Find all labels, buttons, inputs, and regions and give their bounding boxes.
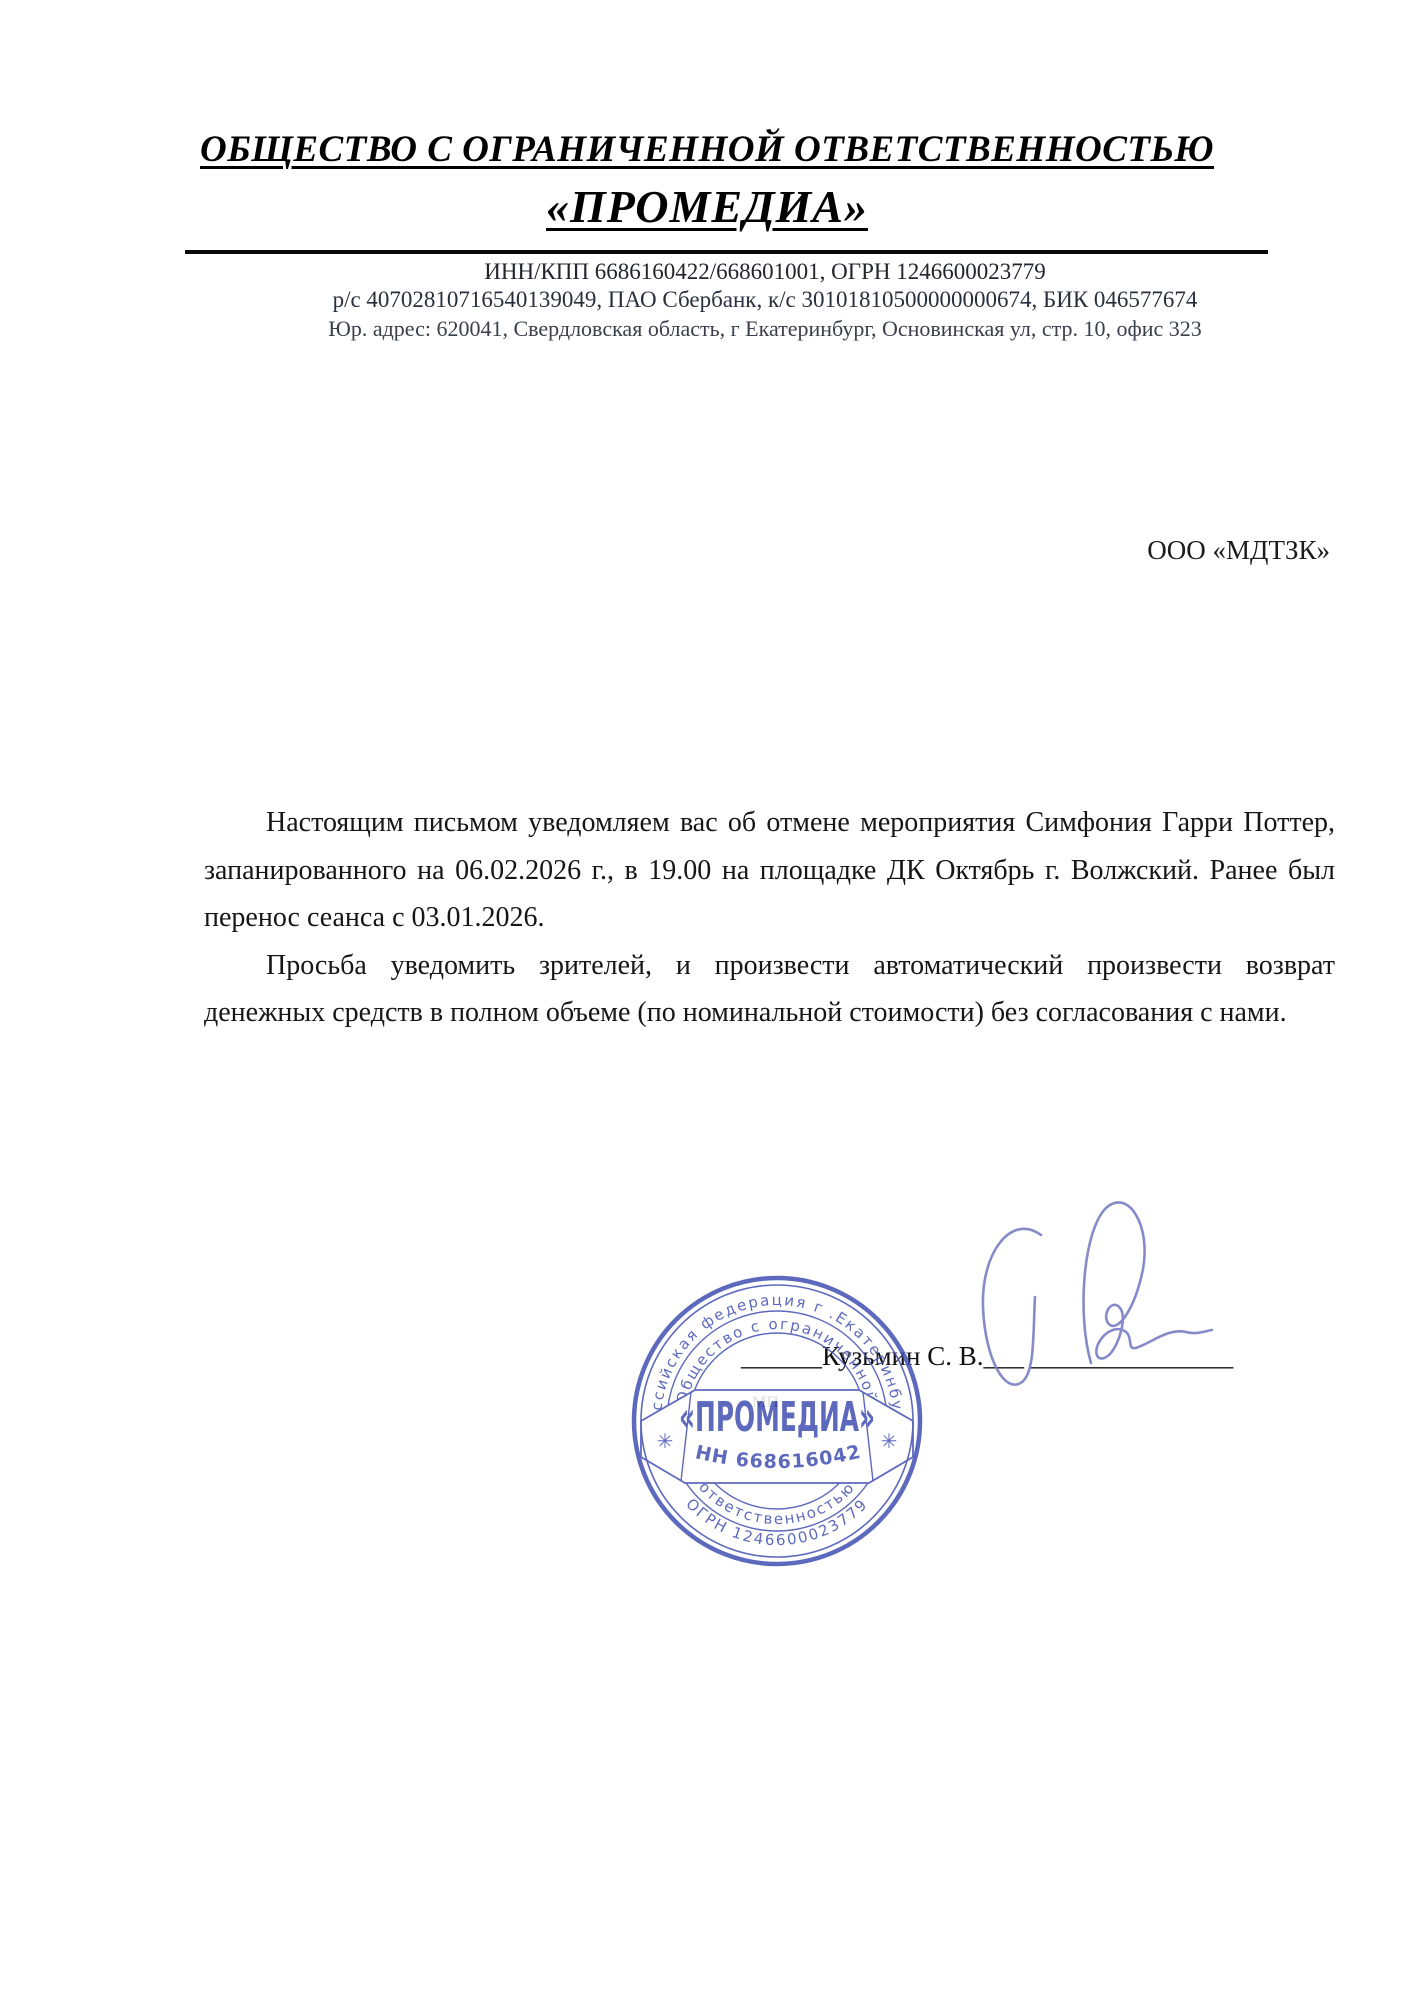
handwritten-signature [955, 1193, 1255, 1408]
recipient-name: ООО «МДТЗК» [1147, 535, 1330, 566]
requisites-legal-address: Юр. адрес: 620041, Свердловская область,… [116, 316, 1414, 342]
signature-stroke-loop [983, 1229, 1041, 1385]
body-paragraph-1: Настоящим письмом уведомляем вас об отме… [204, 799, 1335, 942]
header-divider [185, 250, 1268, 254]
company-stamp: Российская федерация г .Екатеринбург Общ… [627, 1271, 927, 1571]
stamp-star-right-icon: ✳ [881, 1429, 898, 1453]
org-type-title: ОБЩЕСТВО С ОГРАНИЧЕННОЙ ОТВЕТСТВЕННОСТЬЮ [0, 128, 1414, 171]
letter-document: ОБЩЕСТВО С ОГРАНИЧЕННОЙ ОТВЕТСТВЕННОСТЬЮ… [0, 0, 1414, 2000]
org-name-title: «ПРОМЕДИА» [0, 180, 1414, 233]
stamp-star-left-icon: ✳ [657, 1429, 674, 1453]
requisites-bank-account: р/с 40702810716540139049, ПАО Сбербанк, … [116, 287, 1414, 313]
letter-body: Настоящим письмом уведомляем вас об отме… [204, 799, 1335, 1037]
signature-stroke-tail [1084, 1202, 1212, 1363]
stamp-company-name: «ПРОМЕДИА» [679, 1393, 875, 1441]
body-paragraph-2: Просьба уведомить зрителей, и произвести… [204, 942, 1335, 1037]
requisites-inn-kpp-ogrn: ИНН/КПП 6686160422/668601001, ОГРН 12466… [116, 259, 1414, 285]
